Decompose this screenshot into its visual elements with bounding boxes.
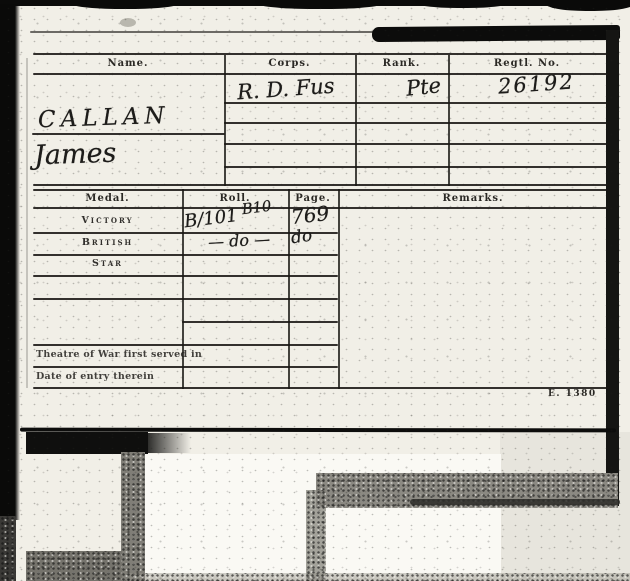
rank-handwriting: Pte: [405, 73, 442, 101]
grid-line: [33, 275, 338, 277]
remarks-column-header: Remarks.: [338, 193, 608, 204]
scan-gray-strip-left: [121, 452, 145, 581]
forename-handwriting: James: [33, 138, 116, 172]
scan-edge-left-tail: [0, 516, 16, 581]
card-top-line: [30, 31, 386, 33]
scanned-medal-index-card: Name. Corps. Rank. Regtl. No. R. D. Fus …: [0, 0, 630, 581]
roll-column-header: Roll.: [182, 193, 288, 204]
grid-line: [224, 102, 611, 104]
smudge-mark: [120, 18, 136, 27]
scan-dark-band-fade: [146, 433, 191, 453]
name-column-header: Name.: [53, 58, 203, 69]
star-medal-label: Star: [33, 258, 182, 269]
grid-line: [224, 122, 611, 124]
scan-edge-left: [0, 4, 20, 520]
roll-number-suffix: B10: [241, 198, 272, 218]
grid-line: [224, 143, 611, 145]
scan-gray-band-edge: [410, 499, 620, 505]
form-number: E. 1380: [548, 389, 597, 399]
surname-handwriting: CALLAN: [38, 103, 170, 134]
surname-underline: [32, 133, 225, 135]
grid-line: [33, 254, 338, 256]
rank-column-header: Rank.: [355, 58, 448, 69]
column-divider: [288, 189, 290, 389]
grid-line: [33, 53, 611, 55]
medal-column-header: Medal.: [33, 193, 182, 204]
grid-line: [33, 344, 338, 346]
grid-line: [33, 387, 611, 389]
victory-medal-label: Victory: [33, 215, 182, 226]
british-page-ditto-handwriting: do: [290, 226, 314, 249]
grid-line: [182, 321, 338, 323]
grid-line: [33, 298, 338, 300]
date-of-entry-label: Date of entry therein: [36, 371, 154, 382]
regtl-no-column-header: Regtl. No.: [448, 58, 606, 69]
card-top-shadow-blob: [372, 25, 620, 42]
scan-bottom-noise: [130, 573, 630, 581]
theatre-of-war-label: Theatre of War first served in: [36, 349, 202, 360]
scan-gray-corner: [26, 551, 122, 581]
card-left-edge-line: [26, 58, 28, 388]
scan-dark-band: [26, 432, 148, 454]
grid-line: [33, 184, 611, 186]
corps-column-header: Corps.: [224, 58, 355, 69]
grid-line: [224, 166, 611, 168]
british-medal-label: British: [33, 237, 182, 248]
scan-gray-strip-center: [306, 490, 326, 581]
grid-line: [33, 189, 611, 191]
column-divider: [338, 189, 340, 389]
british-roll-ditto-handwriting: — do —: [208, 229, 271, 251]
grid-line: [33, 366, 338, 368]
